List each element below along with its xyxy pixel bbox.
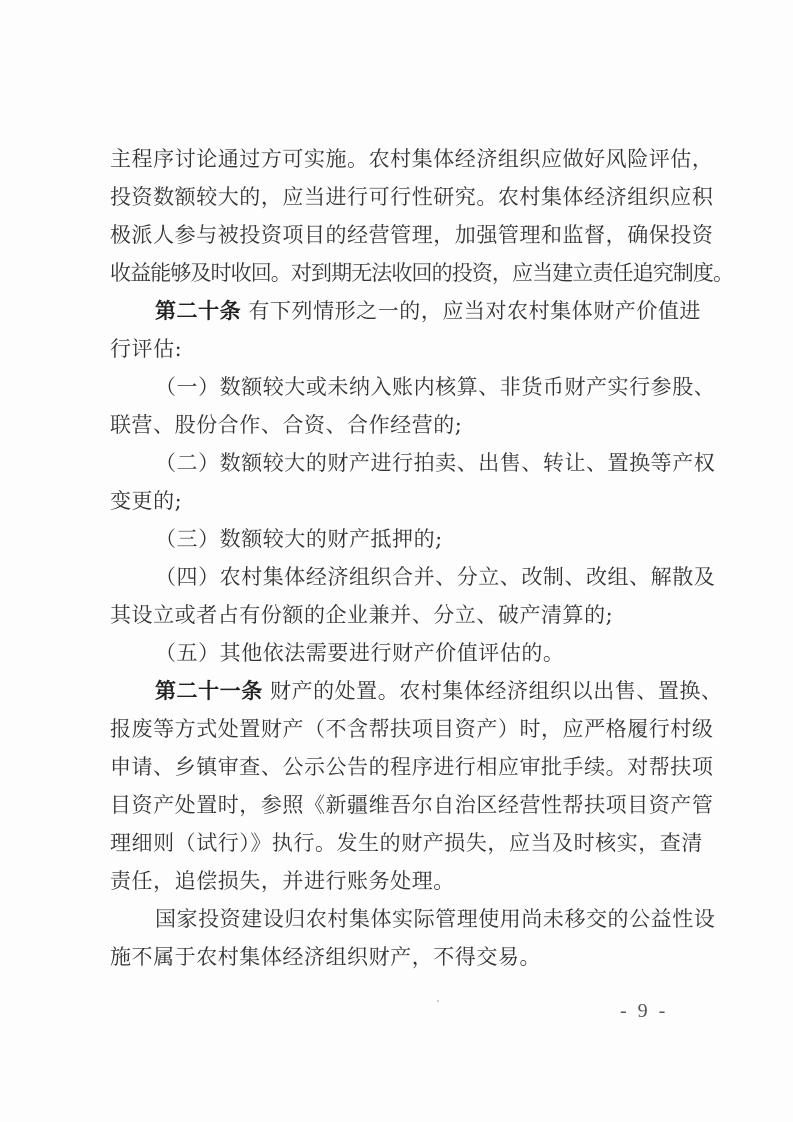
list-item-1-cont: 联营、股份合作、合资、合作经营的; bbox=[110, 406, 700, 444]
article-20-heading: 第二十条 bbox=[155, 298, 241, 323]
closing-paragraph-cont: 施不属于农村集体经济组织财产，不得交易。 bbox=[110, 938, 700, 976]
article-20-text: 有下列情形之一的，应当对农村集体财产价值进 bbox=[241, 299, 701, 323]
text-line: 行评估: bbox=[110, 330, 700, 368]
text-line: 极派人参与被投资项目的经营管理，加强管理和监督，确保投资 bbox=[110, 216, 700, 254]
text-line: 目资产处置时，参照《新疆维吾尔自治区经营性帮扶项目资产管 bbox=[110, 786, 700, 824]
text-line: 理细则（试行）》执行。发生的财产损失，应当及时核实，查清 bbox=[110, 824, 700, 862]
list-item-3: （三）数额较大的财产抵押的; bbox=[110, 520, 700, 558]
list-item-4: （四）农村集体经济组织合并、分立、改制、改组、解散及 bbox=[110, 558, 700, 596]
list-item-1: （一）数额较大或未纳入账内核算、非货币财产实行参股、 bbox=[110, 368, 700, 406]
document-page: 主程序讨论通过方可实施。农村集体经济组织应做好风险评估， 投资数额较大的，应当进… bbox=[0, 0, 793, 1122]
scan-speck bbox=[437, 1000, 439, 1002]
page-number: - 9 - bbox=[620, 1000, 668, 1023]
document-body: 主程序讨论通过方可实施。农村集体经济组织应做好风险评估， 投资数额较大的，应当进… bbox=[110, 140, 700, 976]
text-line: 申请、乡镇审查、公示公告的程序进行相应审批手续。对帮扶项 bbox=[110, 748, 700, 786]
article-21-text: 财产的处置。农村集体经济组织以出售、置换、 bbox=[263, 679, 723, 703]
text-line: 投资数额较大的，应当进行可行性研究。农村集体经济组织应积 bbox=[110, 178, 700, 216]
closing-paragraph: 国家投资建设归农村集体实际管理使用尚未移交的公益性设 bbox=[110, 900, 700, 938]
article-21-first-line: 第二十一条 财产的处置。农村集体经济组织以出售、置换、 bbox=[110, 672, 700, 710]
text-line: 收益能够及时收回。对到期无法收回的投资，应当建立责任追究制度。 bbox=[110, 254, 700, 292]
list-item-2: （二）数额较大的财产进行拍卖、出售、转让、置换等产权 bbox=[110, 444, 700, 482]
text-line: 报废等方式处置财产（不含帮扶项目资产）时，应严格履行村级 bbox=[110, 710, 700, 748]
text-line: 责任，追偿损失，并进行账务处理。 bbox=[110, 862, 700, 900]
list-item-4-cont: 其设立或者占有份额的企业兼并、分立、破产清算的; bbox=[110, 596, 700, 634]
article-21-heading: 第二十一条 bbox=[155, 678, 263, 703]
list-item-2-cont: 变更的; bbox=[110, 482, 700, 520]
list-item-5: （五）其他依法需要进行财产价值评估的。 bbox=[110, 634, 700, 672]
text-line: 主程序讨论通过方可实施。农村集体经济组织应做好风险评估， bbox=[110, 140, 700, 178]
article-20-first-line: 第二十条 有下列情形之一的，应当对农村集体财产价值进 bbox=[110, 292, 700, 330]
